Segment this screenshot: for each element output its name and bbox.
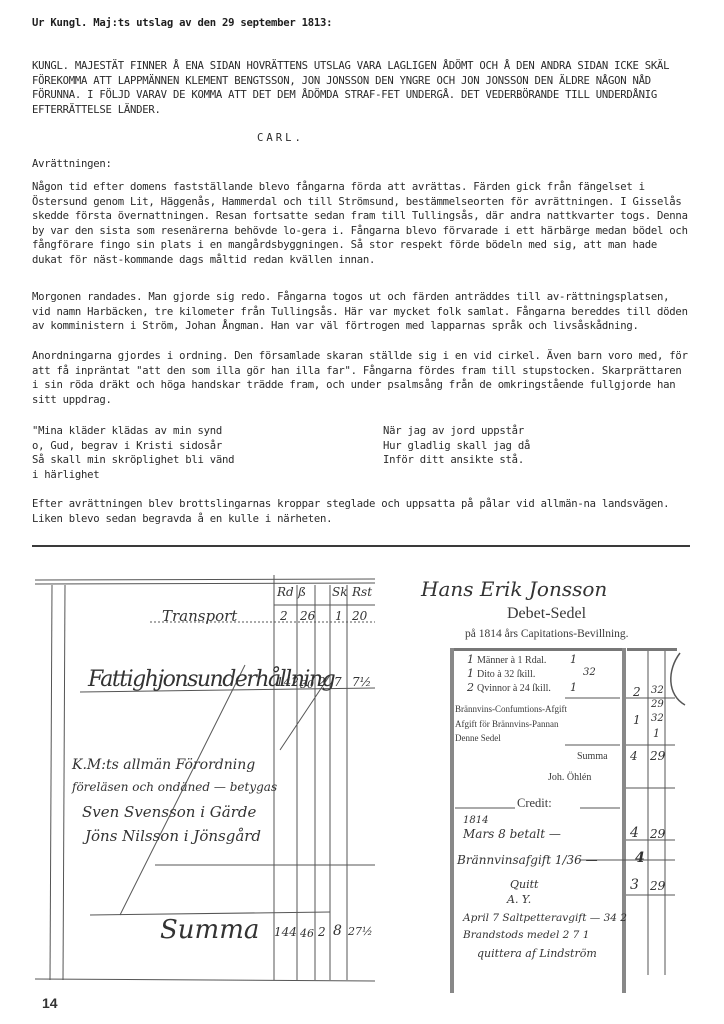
paragraph: Morgonen randades. Man gjorde sig redo. … bbox=[32, 290, 692, 334]
document-subtitle: på 1814 års Capitations-Bevillning. bbox=[465, 628, 629, 640]
line-mark: 1 bbox=[570, 681, 577, 694]
amount-value: 1 bbox=[653, 727, 660, 740]
ledger-value: 2 bbox=[318, 675, 326, 689]
amount-value: 32 bbox=[651, 685, 664, 696]
credit-line: Brännvinsafgift 1/36 — bbox=[457, 853, 598, 867]
ledger-header: ß bbox=[298, 585, 306, 599]
signer-name: Joh. Öhlén bbox=[548, 772, 591, 783]
ledger-value: 2 bbox=[280, 609, 288, 623]
summa-value: 4 bbox=[630, 749, 638, 763]
ledger-value: 26 bbox=[300, 609, 315, 623]
paragraph: Någon tid efter domens fastställande ble… bbox=[32, 180, 692, 268]
fee-label: Brännvins-Confumtions-Afgift bbox=[455, 704, 567, 714]
amount-value: 29 bbox=[651, 699, 664, 710]
line-label: Dito à 32 ſkill. bbox=[477, 669, 535, 680]
credit-value: 3 bbox=[630, 877, 639, 893]
divider bbox=[32, 545, 690, 547]
closing-paragraph: Efter avrättningen blev brottslingarnas … bbox=[32, 497, 692, 526]
page-number: 14 bbox=[42, 995, 58, 1011]
credit-line: Mars 8 betalt — bbox=[463, 827, 561, 841]
credit-value: 29 bbox=[650, 879, 665, 893]
line-mark: 32 bbox=[583, 667, 596, 678]
ledger-value: 1 bbox=[335, 609, 343, 623]
section-subheading: Avrättningen: bbox=[32, 157, 692, 172]
ledger-note-line: föreläsen och ondäned — betygas bbox=[72, 780, 277, 794]
ledger-total-label: Summa bbox=[160, 915, 259, 945]
credit-label: Credit: bbox=[517, 796, 552, 811]
credit-value: 29 bbox=[650, 827, 665, 841]
credit-line: April 7 Saltpetteravgift — 34 2 bbox=[463, 912, 627, 924]
line-count: 1 bbox=[467, 653, 474, 666]
hymn-left: "Mina kläder klädas av min synd o, Gud, … bbox=[32, 424, 234, 482]
ledger-note-line: Sven Svensson i Gärde bbox=[82, 803, 256, 821]
credit-value: 4 bbox=[635, 850, 645, 866]
summa-label: Summa bbox=[577, 751, 608, 762]
ledger-header: Rd bbox=[277, 585, 294, 599]
paragraph: Anordningarna gjordes i ordning. Den för… bbox=[32, 349, 692, 407]
line-count: 2 bbox=[467, 681, 474, 694]
amount-value: 1 bbox=[633, 713, 641, 727]
document-title: Debet-Sedel bbox=[507, 605, 586, 623]
ledger-header: Sk bbox=[332, 585, 348, 599]
ledger-note-line: K.M:ts allmän Förordning bbox=[72, 757, 255, 773]
credit-line: quittera af Lindström bbox=[477, 947, 597, 960]
fee-label: Denne Sedel bbox=[455, 733, 501, 743]
line-count: 1 bbox=[467, 667, 474, 680]
amount-value: 32 bbox=[651, 713, 664, 724]
line-mark: 1 bbox=[570, 653, 577, 666]
ledger-value: 30 bbox=[300, 678, 314, 691]
ledger-total-value: 46 bbox=[300, 927, 314, 940]
heading: Ur Kungl. Maj:ts utslag av den 29 septem… bbox=[32, 16, 692, 31]
line-label: Männer à 1 Rdal. bbox=[477, 655, 546, 666]
ledger-total-value: 8 bbox=[333, 923, 342, 939]
ledger-total-value: 144 bbox=[274, 925, 297, 939]
ledger-value: 142 bbox=[276, 675, 299, 689]
credit-line: A. Y. bbox=[507, 893, 531, 906]
amount-value: 2 bbox=[633, 685, 641, 699]
ledger-row-label: Transport bbox=[162, 607, 237, 625]
ledger-value: 7½ bbox=[352, 675, 371, 689]
ledger-value: 7 bbox=[334, 675, 342, 689]
hymn-verse: "Mina kläder klädas av min synd o, Gud, … bbox=[32, 424, 692, 468]
credit-line: Brandstods medel 2 7 1 bbox=[463, 929, 589, 941]
credit-line: 1814 bbox=[463, 815, 488, 826]
verdict-text: KUNGL. MAJESTÄT FINNER Å ENA SIDAN HOVRÄ… bbox=[32, 59, 692, 117]
fee-label: Afgift för Brännvins-Pannan bbox=[455, 719, 558, 729]
taxpayer-name: Hans Erik Jonsson bbox=[421, 577, 607, 601]
ledger-note-line: Jöns Nilsson i Jönsgård bbox=[85, 827, 261, 845]
summa-value: 29 bbox=[650, 749, 665, 763]
line-label: Qvinnor à 24 ſkill. bbox=[477, 683, 551, 694]
ledger-scan: Transport Rd ß Sk Rst 2 26 1 20 Fattighj… bbox=[30, 575, 385, 985]
hymn-right: När jag av jord uppstår Hur gladlig skal… bbox=[383, 424, 530, 468]
signature: CARL. bbox=[257, 131, 377, 146]
credit-value: 4 bbox=[630, 825, 639, 841]
ledger-total-value: 27½ bbox=[348, 925, 373, 938]
ledger-total-value: 2 bbox=[318, 925, 326, 939]
ledger-header: Rst bbox=[352, 585, 372, 599]
debet-sedel-scan: Hans Erik Jonsson Debet-Sedel på 1814 år… bbox=[405, 575, 710, 995]
credit-line: Quitt bbox=[510, 878, 538, 891]
ledger-value: 20 bbox=[352, 609, 367, 623]
